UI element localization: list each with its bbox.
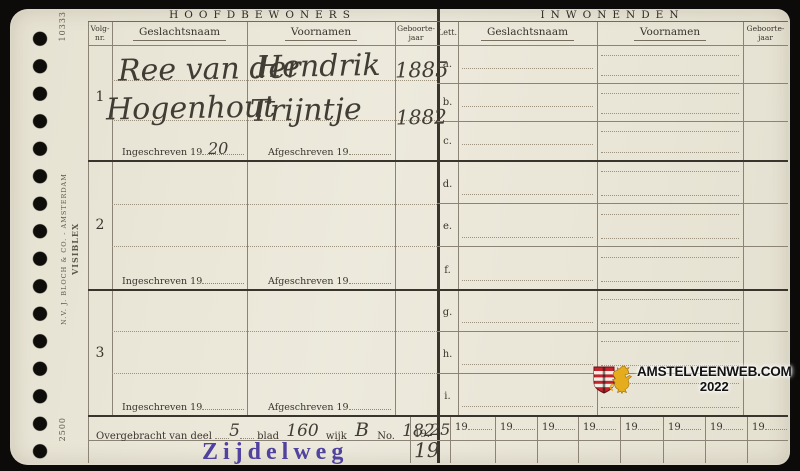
col-header-firstnames-right: Voornamen xyxy=(597,21,743,45)
row-letter: c. xyxy=(437,136,458,147)
afgeschreven-text: Afgeschreven 19 xyxy=(268,402,349,413)
year-written-bottom: 19 xyxy=(414,438,440,462)
ingeschreven-text: Ingeschreven 19 xyxy=(122,147,202,158)
section-title-hoofdbewoners: HOOFDBEWONERS xyxy=(88,9,437,21)
year-label: 19 xyxy=(455,422,468,433)
birthyear-entry: 1882 xyxy=(396,105,447,130)
col-header-firstnames-left: Voornamen xyxy=(247,21,395,45)
writing-line xyxy=(601,257,739,258)
year-cell: 19 xyxy=(542,421,575,433)
dotted-blank xyxy=(638,421,659,430)
year-cell: 19 xyxy=(752,421,787,433)
ingeschreven-label: Ingeschreven 19 xyxy=(122,401,244,413)
grid-line xyxy=(743,21,744,415)
firstnames-entry: Hendrik xyxy=(256,48,381,85)
year-label: 19 xyxy=(710,422,723,433)
dotted-blank xyxy=(513,421,535,430)
dotted-blank xyxy=(215,430,229,439)
scan-background: 10333 VISIBLEX N.V. J. BLOCH & CO. - AMS… xyxy=(0,0,800,471)
transfer-label-no: No. xyxy=(377,431,395,442)
grid-line xyxy=(88,415,788,417)
row-letter: f. xyxy=(437,265,458,276)
writing-line xyxy=(601,407,739,408)
grid-line xyxy=(747,415,748,463)
writing-line xyxy=(601,195,739,196)
dotted-blank xyxy=(723,421,743,430)
writing-line xyxy=(601,238,739,239)
print-code-bottom: 2500 xyxy=(58,417,67,441)
writing-line xyxy=(462,237,593,238)
year-cell: 19 xyxy=(455,421,492,433)
block-number-2: 2 xyxy=(88,217,112,233)
logo-text: AMSTELVEENWEB.COM 2022 xyxy=(637,365,792,394)
grid-line xyxy=(88,21,788,22)
writing-line xyxy=(462,144,593,145)
year-cell: 19 xyxy=(668,421,701,433)
writing-line xyxy=(601,171,739,172)
col-header-firstnames-left-label: Voornamen xyxy=(285,26,357,41)
street-stamp: Zijdelweg xyxy=(202,439,348,466)
transfer-wijk-written: B xyxy=(355,419,369,441)
row-letter: h. xyxy=(437,349,458,360)
grid-line xyxy=(88,21,89,463)
register-card: 10333 VISIBLEX N.V. J. BLOCH & CO. - AMS… xyxy=(10,9,790,465)
ingeschreven-text: Ingeschreven 19 xyxy=(122,402,202,413)
grid-line xyxy=(597,21,598,415)
grid-line xyxy=(537,415,538,463)
grid-line xyxy=(88,289,788,291)
year-cell: 19 xyxy=(583,421,616,433)
dotted-blank xyxy=(765,421,787,430)
col-header-surname-left: Geslachtsnaam xyxy=(112,21,247,45)
dotted-blank xyxy=(202,275,244,284)
year-cell: 19 xyxy=(625,421,659,433)
col-header-volgnr: Volg- nr. xyxy=(88,21,112,45)
afgeschreven-label: Afgeschreven 19 xyxy=(268,146,391,158)
logo-site-text: AMSTELVEENWEB.COM xyxy=(637,365,792,380)
year-cell: 19 xyxy=(500,421,535,433)
col-header-lett: Lett. xyxy=(437,21,458,45)
col-header-firstnames-right-label: Voornamen xyxy=(634,26,706,41)
afgeschreven-label: Afgeschreven 19 xyxy=(268,401,391,413)
year-written: 25 xyxy=(430,420,450,439)
row-letter: g. xyxy=(437,307,458,318)
manufacturer-vertical: N.V. J. BLOCH & CO. - AMSTERDAM xyxy=(60,129,68,369)
col-header-lett-label: Lett. xyxy=(438,28,457,38)
col-header-volgnr-line2: nr. xyxy=(95,33,105,42)
row-letter: e. xyxy=(437,221,458,232)
writing-line xyxy=(601,75,739,76)
writing-line xyxy=(601,323,739,324)
ingeschreven-label: Ingeschreven 19 xyxy=(122,275,244,287)
grid-line xyxy=(458,21,459,415)
writing-line xyxy=(601,341,739,342)
year-label: 19 xyxy=(668,422,681,433)
dotted-blank xyxy=(555,421,575,430)
dotted-blank xyxy=(240,430,254,439)
grid-line xyxy=(663,415,664,463)
block-number-3: 3 xyxy=(88,345,112,361)
col-header-birthyear-right-line1: Geboorte- xyxy=(747,24,785,33)
writing-line xyxy=(462,322,593,323)
writing-line xyxy=(462,106,593,107)
writing-line xyxy=(462,406,593,407)
grid-line xyxy=(437,246,788,247)
year-label: 19 xyxy=(542,422,555,433)
dotted-blank xyxy=(349,401,391,410)
writing-line xyxy=(462,364,593,365)
dotted-blank xyxy=(468,421,492,430)
grid-line xyxy=(495,415,496,463)
grid-line xyxy=(437,203,788,204)
logo-year-text: 2022 xyxy=(637,380,792,394)
transfer-deel-written: 5 xyxy=(229,421,240,441)
grid-line xyxy=(620,415,621,463)
col-header-volgnr-line1: Volg- xyxy=(91,24,110,33)
afgeschreven-text: Afgeschreven 19 xyxy=(268,147,349,158)
dotted-blank xyxy=(349,275,391,284)
dotted-blank xyxy=(681,421,701,430)
writing-line xyxy=(462,68,593,69)
col-header-surname-left-label: Geslachtsnaam xyxy=(133,26,226,41)
transfer-label-deel: Overgebracht van deel xyxy=(96,431,212,442)
writing-line xyxy=(112,204,437,205)
brand-vertical: VISIBLEX xyxy=(70,159,80,339)
writing-line xyxy=(601,55,739,56)
ingeschreven-text: Ingeschreven 19 xyxy=(122,276,202,287)
transfer-blad-written: 160 xyxy=(286,421,318,441)
row-letter: d. xyxy=(437,179,458,190)
writing-line xyxy=(462,280,593,281)
afgeschreven-text: Afgeschreven 19 xyxy=(268,276,349,287)
grid-line xyxy=(88,45,788,46)
col-header-birthyear-left: Geboorte- jaar xyxy=(395,21,437,45)
print-code-top: 10333 xyxy=(58,11,67,41)
writing-line xyxy=(601,131,739,132)
writing-line xyxy=(112,373,437,374)
firstnames-entry: Trijntje xyxy=(250,92,362,129)
grid-line xyxy=(437,331,788,332)
year-label: 19 xyxy=(583,422,596,433)
year-label: 19 xyxy=(500,422,513,433)
col-header-birthyear-left-line2: jaar xyxy=(409,33,424,42)
dotted-blank xyxy=(596,421,616,430)
writing-line xyxy=(601,93,739,94)
grid-line xyxy=(88,160,788,162)
row-letter: i. xyxy=(437,391,458,402)
writing-line xyxy=(601,281,739,282)
dotted-blank xyxy=(349,146,391,155)
section-title-inwonenden: INWONENDEN xyxy=(437,9,788,21)
col-header-surname-right: Geslachtsnaam xyxy=(458,21,597,45)
row-letter: a. xyxy=(437,59,458,70)
year-cell: 19 xyxy=(710,421,743,433)
col-header-birthyear-left-line1: Geboorte- xyxy=(397,24,435,33)
year-label: 19 xyxy=(625,422,638,433)
writing-line xyxy=(601,299,739,300)
grid-line xyxy=(578,415,579,463)
year-label: 19 xyxy=(752,422,765,433)
writing-line xyxy=(601,152,739,153)
col-header-surname-right-label: Geslachtsnaam xyxy=(481,26,574,41)
amstelveenweb-logo: AMSTELVEENWEB.COM 2022 xyxy=(593,364,792,395)
lion-icon xyxy=(608,364,634,395)
row-letter: b. xyxy=(437,97,458,108)
afgeschreven-label: Afgeschreven 19 xyxy=(268,275,391,287)
writing-line xyxy=(601,214,739,215)
dotted-blank xyxy=(202,401,244,410)
ingeschreven-year-written: 20 xyxy=(208,139,229,158)
grid-line xyxy=(705,415,706,463)
writing-line xyxy=(462,194,593,195)
punch-holes xyxy=(31,25,49,459)
grid-line xyxy=(437,83,788,84)
writing-line xyxy=(112,331,437,332)
writing-line xyxy=(601,113,739,114)
writing-line xyxy=(112,246,437,247)
grid-line xyxy=(437,121,788,122)
col-header-birthyear-right: Geboorte- jaar xyxy=(743,21,788,45)
col-header-birthyear-right-line2: jaar xyxy=(758,33,773,42)
